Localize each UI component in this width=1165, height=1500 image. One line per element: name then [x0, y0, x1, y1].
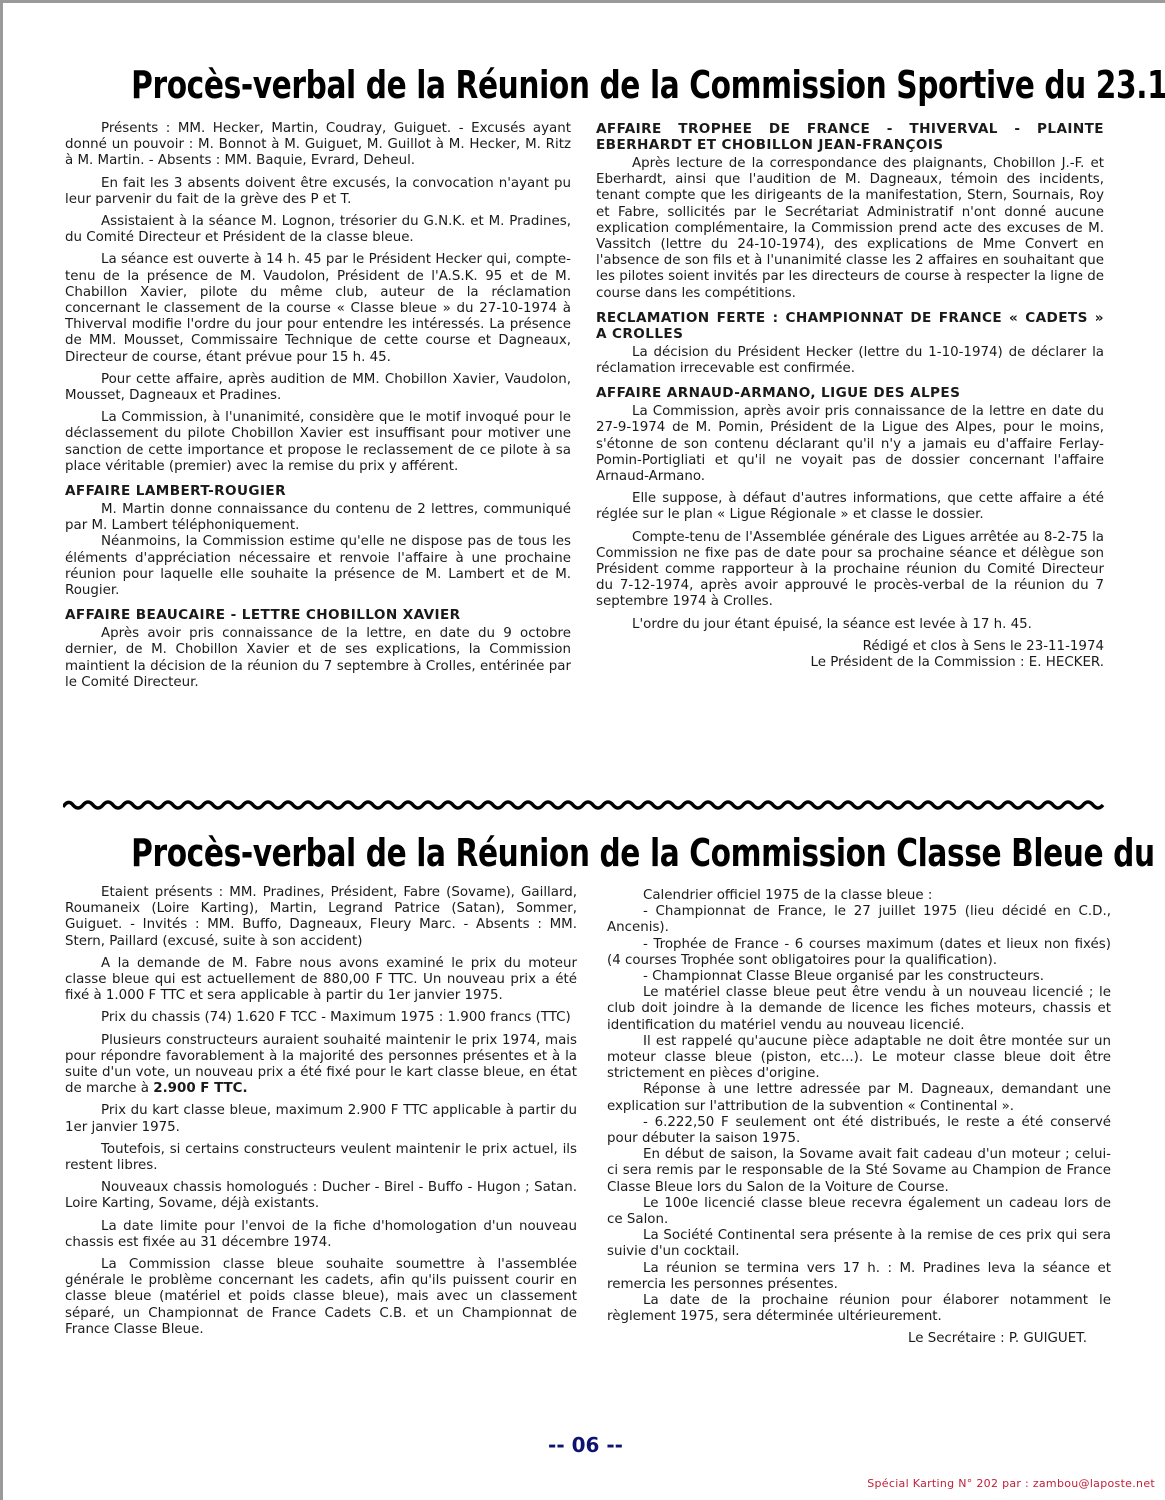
paragraph: Présents : MM. Hecker, Martin, Coudray, …	[65, 121, 571, 170]
paragraph: Après avoir pris connaissance de la lett…	[65, 626, 571, 691]
paragraph: Toutefois, si certains constructeurs veu…	[65, 1142, 577, 1174]
paragraph: Prix du chassis (74) 1.620 F TCC - Maxim…	[65, 1010, 577, 1026]
section-heading: AFFAIRE BEAUCAIRE - LETTRE CHOBILLON XAV…	[65, 607, 571, 623]
paragraph: Plusieurs constructeurs auraient souhait…	[65, 1033, 577, 1098]
paragraph: En fait les 3 absents doivent être excus…	[65, 176, 571, 208]
list-item: - Championnat Classe Bleue organisé par …	[607, 969, 1111, 985]
paragraph: La Commission, après avoir pris connaiss…	[596, 404, 1104, 485]
price-highlight: 2.900 F TTC.	[153, 1081, 247, 1096]
paragraph: Calendrier officiel 1975 de la classe bl…	[607, 888, 1111, 904]
paragraph: La Commission classe bleue souhaite soum…	[65, 1257, 577, 1338]
section2-title: Procès-verbal de la Réunion de la Commis…	[131, 831, 1040, 875]
paragraph: En début de saison, la Sovame avait fait…	[607, 1147, 1111, 1196]
paragraph: Pour cette affaire, après audition de MM…	[65, 372, 571, 404]
list-item: - Trophée de France - 6 courses maximum …	[607, 937, 1111, 969]
section-heading: AFFAIRE ARNAUD-ARMANO, LIGUE DES ALPES	[596, 385, 1104, 401]
section2-right-column: Calendrier officiel 1975 de la classe bl…	[607, 888, 1111, 1354]
paragraph: Elle suppose, à défaut d'autres informat…	[596, 491, 1104, 523]
section1-title: Procès-verbal de la Réunion de la Commis…	[131, 63, 1040, 107]
credit-line: Spécial Karting N° 202 par : zambou@lapo…	[867, 1477, 1155, 1490]
paragraph: La séance est ouverte à 14 h. 45 par le …	[65, 252, 571, 365]
wavy-divider	[63, 798, 1108, 812]
paragraph: La Commission, à l'unanimité, considère …	[65, 410, 571, 475]
paragraph: Compte-tenu de l'Assemblée générale des …	[596, 530, 1104, 611]
section2-left-column: Etaient présents : MM. Pradines, Préside…	[65, 885, 577, 1344]
section-heading: AFFAIRE TROPHEE DE FRANCE - THIVERVAL - …	[596, 121, 1104, 153]
paragraph: L'ordre du jour étant épuisé, la séance …	[596, 617, 1104, 633]
section-heading: RECLAMATION FERTE : CHAMPIONNAT DE FRANC…	[596, 310, 1104, 342]
paragraph: La réunion se termina vers 17 h. : M. Pr…	[607, 1261, 1111, 1293]
signature-line: Rédigé et clos à Sens le 23-11-1974	[596, 639, 1104, 655]
paragraph: La décision du Président Hecker (lettre …	[596, 345, 1104, 377]
paragraph: - 6.222,50 F seulement ont été distribué…	[607, 1115, 1111, 1147]
list-item: - Championnat de France, le 27 juillet 1…	[607, 904, 1111, 936]
paragraph: Le matériel classe bleue peut être vendu…	[607, 985, 1111, 1034]
paragraph: La date limite pour l'envoi de la fiche …	[65, 1219, 577, 1251]
paragraph: Réponse à une lettre adressée par M. Dag…	[607, 1082, 1111, 1114]
paragraph: Il est rappelé qu'aucune pièce adaptable…	[607, 1034, 1111, 1083]
page-number: -- 06 --	[3, 1433, 1165, 1457]
section-heading: AFFAIRE LAMBERT-ROUGIER	[65, 483, 571, 499]
paragraph: Assistaient à la séance M. Lognon, tréso…	[65, 214, 571, 246]
paragraph: Le 100e licencié classe bleue recevra ég…	[607, 1196, 1111, 1228]
signature-line: Le Président de la Commission : E. HECKE…	[596, 655, 1104, 671]
paragraph: M. Martin donne connaissance du contenu …	[65, 502, 571, 534]
paragraph: Prix du kart classe bleue, maximum 2.900…	[65, 1103, 577, 1135]
section1-left-column: Présents : MM. Hecker, Martin, Coudray, …	[65, 121, 571, 697]
signature-line: Le Secrétaire : P. GUIGUET.	[607, 1331, 1111, 1347]
paragraph: Etaient présents : MM. Pradines, Préside…	[65, 885, 577, 950]
paragraph: Après lecture de la correspondance des p…	[596, 156, 1104, 302]
section1-right-column: AFFAIRE TROPHEE DE FRANCE - THIVERVAL - …	[596, 121, 1104, 677]
paragraph: La Société Continental sera présente à l…	[607, 1228, 1111, 1260]
paragraph-text: Plusieurs constructeurs auraient souhait…	[65, 1033, 577, 1097]
paragraph: Nouveaux chassis homologués : Ducher - B…	[65, 1180, 577, 1212]
paragraph: La date de la prochaine réunion pour éla…	[607, 1293, 1111, 1325]
paragraph: Néanmoins, la Commission estime qu'elle …	[65, 534, 571, 599]
paragraph: A la demande de M. Fabre nous avons exam…	[65, 956, 577, 1005]
